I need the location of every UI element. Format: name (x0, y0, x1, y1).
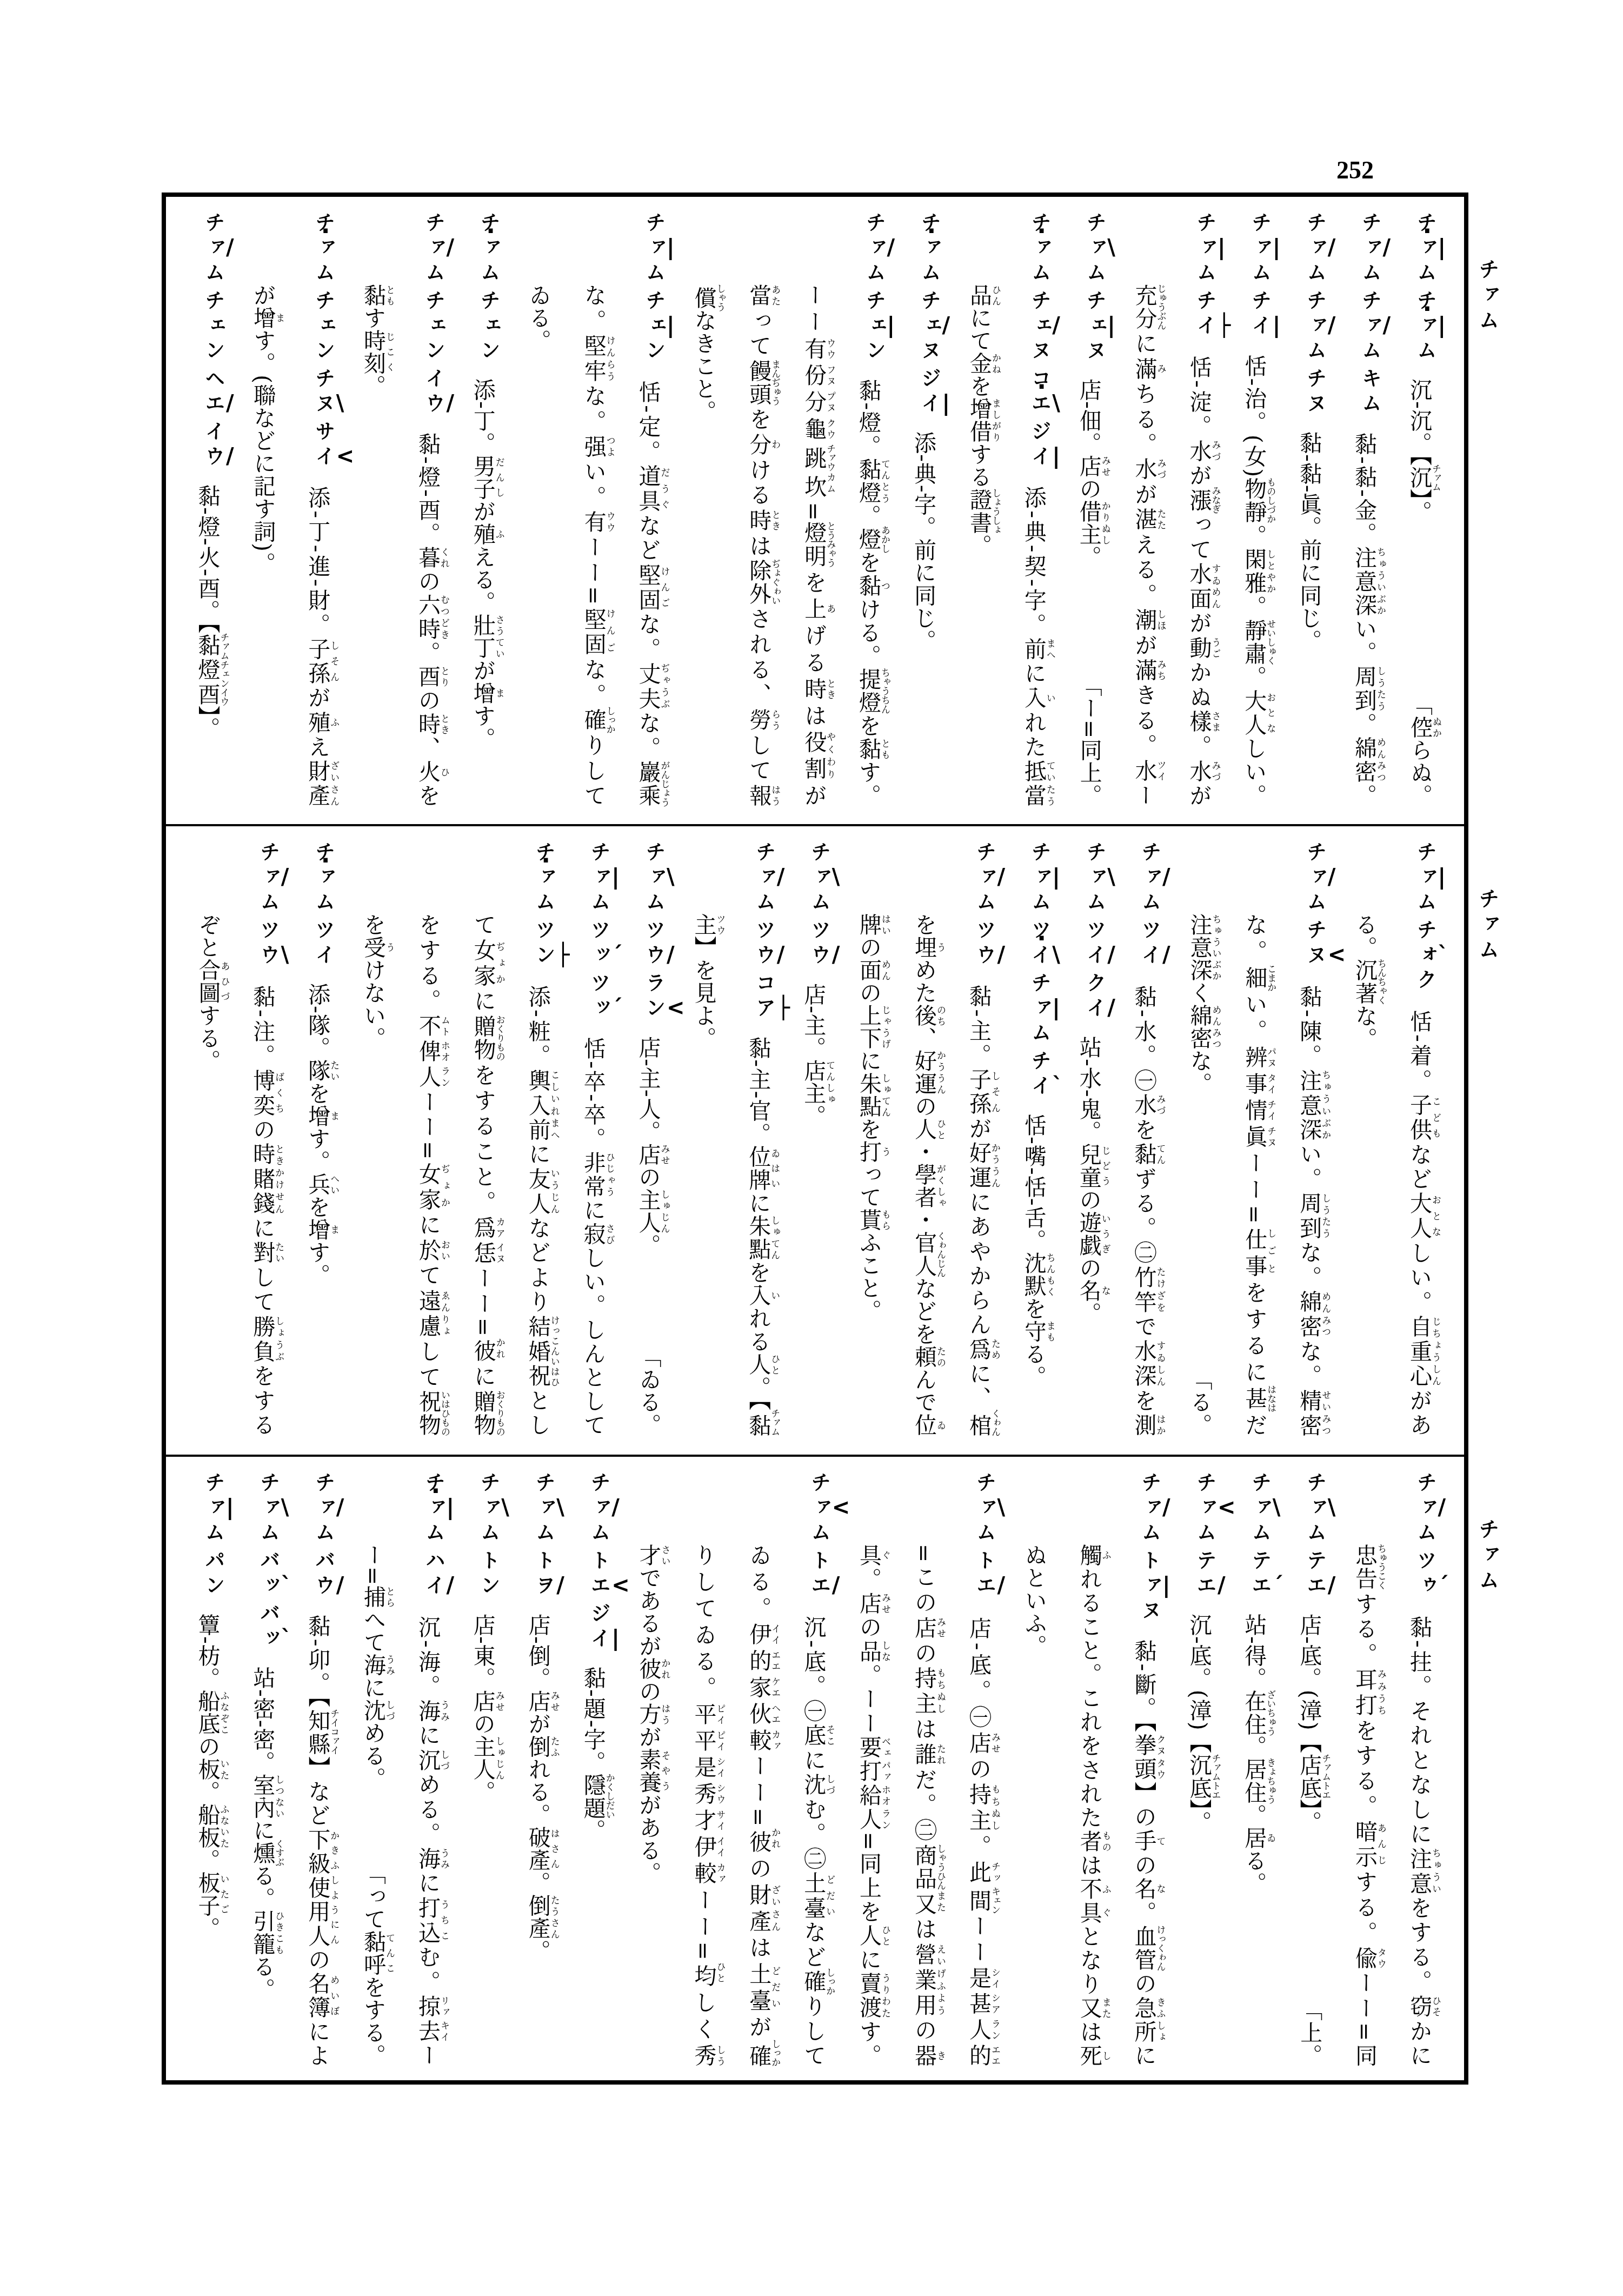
syllable-kana: チァム (1248, 212, 1272, 287)
tone-mark: | (1218, 236, 1226, 260)
headword: チァム·チェン (471, 212, 495, 368)
headword-syllable: チァム| (587, 841, 610, 916)
headword-syllable: ツイ/ (1138, 919, 1161, 969)
syllable-kana: チァム (973, 1472, 996, 1547)
headword-syllable: チイ├ (1193, 290, 1216, 340)
headword-syllable: チェン| (642, 290, 666, 364)
definition-text: 黏-黏-金。注意深ちゅういぶかい。周到しうたう。綿密めんみつ。 (1351, 432, 1377, 807)
definition-text: ぞと合圖あひづする。 (195, 913, 221, 1072)
entry-column: 償しゃうなきこと。 (676, 212, 731, 807)
headword-syllable: チァム| (1027, 972, 1051, 1047)
headword-syllable: チァム\ (972, 1472, 996, 1547)
entry-column: チァム·ツイ添-隊。隊たいを增ます。兵へいを增ます。 (290, 841, 345, 1436)
headword: チァム/ツイ/ (1133, 841, 1156, 972)
definition-text: =この店みせの持主もちぬしは誰たれだ。㊁商品しゃうひん又または營業用えいげふよう… (911, 1544, 937, 2067)
definition-text: 添-粧。輿入前こしいれまへに友人いうじんなどより結婚祝けっこんいはひとし (525, 983, 551, 1436)
definition-text: をする。不ムト俾ホオ人ランーー=女家ぢょかに於おいて遠慮ゑんりょして祝物いはひも… (415, 913, 441, 1436)
entry-column: チァム/チェン|黏-燈。黏燈てんとう。燈あかしを黏つける。提燈ちゃうちんを黏とも… (841, 212, 896, 807)
headword-syllable: チァム\ (476, 1472, 500, 1547)
headword: チァム/トエ<ジイ| (582, 1472, 605, 1656)
entry-column: チァム\テエˊ站-得。在住ざいちゅう。居住きょちゅう。居ゐる。 (1226, 1472, 1281, 2067)
definition-text: 沉-底。(漳)【沉底チァムトエ】。 (1186, 1614, 1212, 1834)
tone-mark: / (1328, 1574, 1336, 1597)
entry-column: チァム/バウ/黏-卯。【知縣チイコァイ】など下級使用人かきふしようにんの名簿めい… (290, 1472, 345, 2067)
headword-syllable: トエ/ (807, 1550, 831, 1600)
headword-syllable: ツッˊ (587, 919, 610, 969)
tone-mark: < (832, 1496, 850, 1519)
tone-mark: \ (832, 865, 840, 889)
tone-mark: / (336, 1496, 344, 1519)
headword: チァム\テエ/ (1298, 1472, 1321, 1603)
definition-text: が增ます。(聯などに記す詞)。 (250, 284, 276, 575)
tone-mark: / (1328, 236, 1336, 260)
entry-column: 忠告ちゅうこくする。耳打みみうちをする。暗示あんじする。偸タウーー=同 (1336, 1472, 1392, 2067)
definition-text: を受うけない。 (360, 913, 386, 1050)
syllable-kana: チァム (257, 1472, 280, 1547)
entry-column: チァム·チェン添-丁。男子だんしが殖ふえる。壯丁さうていが增ます。 (455, 212, 510, 807)
entry-column: を受うけない。 (345, 841, 400, 1436)
tone-mark: ˋ (1052, 1074, 1063, 1098)
entry-column: チァム/ツイ/黏-水。㊀水みづを黏てんずる。㊁竹竿たけざをで水深すゐしんを測はか (1116, 841, 1172, 1436)
tone-mark: \ (556, 1496, 564, 1519)
syllable-kana: バッ (257, 1550, 280, 1600)
tone-mark: ˊ (611, 943, 622, 967)
entry-column: チァム\バッˋバッˋ站-密-密。室內しつないに燻くすぶる。引籠ひきこもる。 (235, 1472, 290, 2067)
entry-column: チァム<テエ/沉-底。(漳)【沉底チァムトエ】。 (1172, 1472, 1227, 2067)
headword: チァム/ツウ\ (251, 841, 274, 972)
entry-column: チァム\テエ/店-底。(漳)【店底チァムトエ】。「上。 (1281, 1472, 1336, 2067)
tone-mark: \ (1052, 943, 1060, 967)
tone-mark: / (1383, 236, 1391, 260)
syllable-kana: チァム (1138, 841, 1161, 916)
syllable-kana: ツッ (587, 919, 610, 969)
definition-text: 當あたって饅頭まんぢゅうを分わける時ときは除外ぢょぐゎいされる、勞らうして報はう (746, 284, 771, 807)
tone-mark: ˊ (611, 996, 622, 1020)
definition-text: て女家ぢょかに贈物おくりものをすること。爲カア恁イヌーー=彼かれに贈物おくりもの (470, 913, 496, 1436)
syllable-kana: テエ (1193, 1550, 1216, 1600)
headword-syllable: チァム/ (1413, 1472, 1437, 1547)
headword: チァム/ツウ/コア├ (747, 841, 770, 1025)
definition-text: 添-典-字。前に同じ。 (910, 432, 936, 652)
syllable-kana: ツイ (1138, 919, 1161, 969)
headword-syllable: キム (1358, 368, 1382, 417)
syllable-kana: チァム (1083, 841, 1106, 916)
entry-band: チァム|チォクˋ恬-着。子供こどもなど大人おとなしい。自重心じちょうしんがあ る… (179, 841, 1447, 1436)
headword: チァム|ツイ\·チァム|チイˋ (1022, 841, 1046, 1103)
headword-syllable: テエ/ (1193, 1550, 1216, 1600)
headword-syllable: チェン (311, 290, 335, 364)
syllable-kana: チァム (257, 841, 280, 916)
syllable-kana: チァム (202, 1472, 225, 1547)
definition-text: る。沉著ちんちゃくな。 (1352, 913, 1378, 1050)
headword-syllable: チェヌ/ (1027, 290, 1051, 364)
syllable-kana: チァム (1414, 1472, 1437, 1547)
entry-column: 具ぐ。店みせの品しな。ーー要ベェ打パァ給ホオ人ラン=同上を人ひとに賣渡うりわたす… (841, 1472, 896, 2067)
headword-syllable: チァム\ (1248, 1472, 1272, 1547)
syllable-kana: チァム (477, 1472, 500, 1547)
tone-mark: / (1162, 943, 1170, 967)
headword-syllable: トン (476, 1550, 500, 1600)
syllable-kana: チェン (422, 290, 445, 364)
tone-mark: / (1328, 865, 1336, 889)
syllable-kana: テエ (1303, 1550, 1327, 1600)
definition-text: 添-丁-進-財。子孫しそんが殖ふえ財產ざいさん (304, 485, 330, 807)
syllable-kana: チェン (642, 290, 666, 364)
definition-text: ぬといふ。 (1021, 1544, 1047, 1657)
tone-mark: | (1052, 444, 1060, 468)
tone-mark: | (1438, 314, 1446, 337)
syllable-kana: トエ (808, 1550, 831, 1600)
headword-syllable: ヘエ/ (201, 368, 225, 417)
definition-text: 主ツウ】を見よ。 (690, 913, 716, 1050)
entry-column: が增ます。(聯などに記す詞)。 (235, 212, 290, 807)
tone-mark: | (226, 1496, 234, 1519)
headword-syllable: テエ/ (1303, 1550, 1327, 1600)
syllable-kana: チァム (753, 841, 776, 916)
headword-syllable: チァム\ (531, 1472, 555, 1547)
headword-syllable: ジイ| (1027, 421, 1051, 470)
entry-column: チァム/ツウ/コア├黏-主-官。位牌ゐはいに朱點しゅてんを入いれる人ひと。【黏チ… (730, 841, 786, 1436)
tone-mark: / (1162, 865, 1170, 889)
tone-mark: | (1052, 865, 1060, 889)
headword-syllable: クイ/ (1082, 972, 1106, 1022)
headword-syllable: チァム/ (752, 841, 776, 916)
definition-text: 充分じゅうぶんに滿みちる。水みづが湛たたえる。潮しほが滿みちきる。水ツイー (1132, 284, 1158, 807)
headword-syllable: チヌ\ (311, 368, 335, 417)
entry-column: チァム\ツウ/ラン<店-主-人。店みせの主人しゅじん。「ゐる。 (621, 841, 676, 1436)
entry-column: チァム|チォクˋ恬-着。子供こどもなど大人おとなしい。自重心じちょうしんがあ (1392, 841, 1447, 1436)
tone-mark: / (1107, 996, 1115, 1020)
entry-column: チァム/トァヌ|黏-斷。【拳クヌ頭タウ】の手ての名な。血管けっくゎんの急所きふし… (1116, 1472, 1172, 2067)
entry-column: チァム|ツイ\·チァム|チイˋ恬-嘴-恬-舌。沈默ちんもくを守まもる。 (1006, 841, 1061, 1436)
dictionary-page: 252 チァム チァム チァム チァム|·チァム|·沉-沉。【沉チァム】。「倥ぬ… (0, 0, 1623, 2296)
entry-column: な。細こまかい。辨パヌ事タイ情チイ眞チヌーー=仕事しごとをするに甚はなはだ (1226, 841, 1281, 1436)
tone-mark: / (1328, 314, 1336, 337)
entry-column: チァム\トヲ/店-倒。店みせが倒たふれる。破產はさん。倒產たうさん。 (510, 1472, 566, 2067)
tone-mark: | (1107, 314, 1115, 337)
definition-text: な。堅牢けんらうな。强つよい。有ウウーー=堅固けんごな。確しっかりして (581, 284, 607, 807)
tone-mark: \ (1273, 1496, 1281, 1519)
headword: チァム/ツゥˊ (1408, 1472, 1431, 1603)
headword: チァム|·ハイ/ (416, 1472, 440, 1603)
headword: チァム\ツウ/ラン< (637, 841, 660, 1025)
headword: チァム·チェヌ/コエ\·ジイ| (1022, 212, 1046, 474)
headword: チァム\トン (471, 1472, 495, 1603)
definition-text: 黏-燈-酉。暮くれの六時むつどき。酉とりの時とき、火ひを (415, 432, 441, 807)
syllable-kana: トヲ (532, 1550, 555, 1600)
overflow-text: 「る。 (1172, 1368, 1227, 1436)
headword: チァム\ツイ/クイ/ (1077, 841, 1101, 1025)
definition-text: ーー有ウウ份フヌ分プヌ龜クウ跳チァウ坎カム=燈明とうみゃうを上あげる時ときは役割… (801, 284, 827, 807)
entry-column: 品ひんにて金かねを增借ましがりする證書しょうしょ。 (951, 212, 1006, 807)
tone-mark: | (667, 236, 675, 260)
tone-mark: | (667, 314, 675, 337)
headword: チァム|チォクˋ (1408, 841, 1431, 997)
headword-syllable: イウ/ (421, 368, 445, 417)
syllable-kana: イウ (202, 421, 225, 470)
entry-column: チァム\ツウ/店-主。店主てんしゅ。 (786, 841, 841, 1436)
syllable-kana: チヌ (312, 368, 335, 417)
definition-text: 簟-枋。船底ふなぞこの板いた。船板ふないた。板子いたご。 (194, 1614, 220, 1940)
entry-column: チァム/チァム/チヌ黏-黏-眞。前に同じ。 (1281, 212, 1336, 807)
syllable-kana: ツン (532, 919, 555, 969)
running-head: チァム (1475, 258, 1500, 335)
syllable-kana: チェン (477, 290, 500, 364)
entry-column: を埋うめた後のち、好運かううんの人ひと・學者がくしゃ・官人くゎんじんなどを頼たの… (896, 841, 951, 1436)
headword-syllable: ツウ/ (752, 919, 776, 969)
headword-syllable: チァム< (807, 1472, 831, 1547)
entry-column: をする。不ムト俾ホオ人ランーー=女家ぢょかに於おいて遠慮ゑんりょして祝物いはひも… (400, 841, 455, 1436)
entry-column: チァム|·ハイ/沉-海。海うみに沉しづめる。海うみに打込うちこむ。掠リァ去キイー (400, 1472, 455, 2067)
headword-syllable: チァム|· (1413, 212, 1437, 287)
tone-mark: | (1273, 314, 1281, 337)
syllable-kana: トン (477, 1550, 500, 1600)
headword-syllable: ツイ (311, 919, 335, 969)
definition-text: 黏-燈-火-酉。【黏燈酉チァムチェンイウ】。 (194, 485, 220, 740)
tone-mark: \ (667, 865, 675, 889)
page-number: 252 (1336, 158, 1374, 183)
headword-syllable: チァム/ (1138, 841, 1161, 916)
headword-syllable: チイˋ (1027, 1050, 1051, 1100)
definition-text: 店-主。店主てんしゅ。 (800, 983, 826, 1127)
aspiration-dot: · (1423, 226, 1432, 237)
aspiration-dot: · (541, 855, 550, 866)
syllable-kana: トエ (587, 1550, 610, 1600)
headword: チァム/バウ/ (306, 1472, 329, 1603)
entry-column: チァム|チェン|恬-定。道具だうぐなど堅固けんごな。丈夫ぢゃうぶな。巖乘がんじょ… (621, 212, 676, 807)
definition-text: ゐる。伊イイ的エエ家ケエ伙ヘエ較カァーー=彼かれの財產ざいさんは土臺どだいが確し… (746, 1544, 771, 2067)
headword-syllable: テエˊ (1248, 1550, 1272, 1600)
definition-text: 添-典-契-字。前まへに入いれた抵當ていたう (1021, 485, 1047, 807)
headword-syllable: ツウ\ (256, 919, 280, 969)
entry-column: チァム\トン店-東。店みせの主人しゅじん。 (455, 1472, 510, 2067)
entry-column: ゐる。伊イイ的エエ家ケエ伙ヘエ較カァーー=彼かれの財產ざいさんは土臺どだいが確し… (730, 1472, 786, 2067)
syllable-kana: チァム (1193, 1472, 1216, 1547)
headword-syllable: チァム/ (587, 1472, 610, 1547)
headword: チァム\ツウ/ (802, 841, 825, 972)
headword-syllable: チァム/ (1138, 1472, 1161, 1547)
definition-text: 黏-主。子孫しそんが好運かううんにあやからん爲ために、棺くゎん (966, 983, 992, 1436)
syllable-kana: チァム (1303, 1472, 1327, 1547)
headword: チァム|チイ├ (1187, 212, 1210, 343)
running-head: チァム (1475, 888, 1500, 964)
entry-column: な。堅牢けんらうな。强つよい。有ウウーー=堅固けんごな。確しっかりして (566, 212, 621, 807)
definition-text: 恬-嘴-恬-舌。沈默ちんもくを守まもる。 (1021, 1114, 1047, 1388)
headword-syllable: チェン (201, 290, 225, 364)
tone-mark: / (1052, 314, 1060, 337)
definition-text: 店-底。㊀店みせの持主もちぬし。此チッ間キェンーー是シイ甚シア人ラン的エエ (966, 1614, 992, 2067)
overflow-text: 「って黏呼てんこをする。 (345, 1862, 400, 2067)
headword-syllable: チァム· (917, 212, 941, 287)
syllable-kana: チァム (587, 1472, 610, 1547)
headword: チァム|チイ| (1242, 212, 1266, 343)
headword-syllable: ツウ/ (642, 919, 666, 969)
definition-text: 黏-陳。注意深ちゅういぶかい。周到しうたうな。綿密めんみつな。精密せいみつ (1296, 983, 1322, 1436)
headword-syllable: チァム· (1027, 212, 1051, 287)
headword: チァム·ツン├ (527, 841, 550, 972)
syllable-kana: チイ (1248, 290, 1272, 340)
syllable-kana: チァム (1303, 841, 1327, 916)
overflow-text: 「倥ぬからぬ。 (1392, 693, 1447, 807)
syllable-kana: チェン (312, 290, 335, 364)
definition-text: 添-隊。隊たいを增ます。兵へいを增ます。 (304, 983, 330, 1286)
syllable-kana: チァム (863, 212, 886, 287)
syllable-kana: チァム (532, 1472, 555, 1547)
tone-mark: < (667, 996, 685, 1020)
tone-mark: | (1438, 865, 1446, 889)
headword-syllable: チェン| (862, 290, 886, 364)
syllable-kana: チァム (587, 841, 610, 916)
definition-text: 黏-燈。黏燈てんとう。燈あかしを黏つける。提燈ちゃうちんを黏ともす。 (855, 379, 881, 807)
entry-column: る。沉著ちんちゃくな。 (1336, 841, 1392, 1436)
tone-mark: / (997, 1574, 1005, 1597)
syllable-kana: チァム (422, 212, 445, 287)
tone-mark: / (667, 943, 675, 967)
syllable-kana: ジイ (587, 1603, 610, 1653)
tone-mark: ├ (1218, 314, 1230, 337)
syllable-kana: チァム (642, 212, 666, 287)
tone-mark: ├ (777, 996, 790, 1020)
tone-mark: \ (336, 391, 344, 415)
tone-mark: | (887, 314, 895, 337)
tone-mark: ˊ (1273, 1574, 1283, 1597)
tone-mark: ˋ (281, 1627, 292, 1650)
headword: チァム|ツッˊツッˊ (582, 841, 605, 1025)
headword-syllable: チァム|· (1413, 290, 1437, 364)
tone-mark: / (1162, 1496, 1170, 1519)
syllable-kana: チイ (1028, 1050, 1051, 1100)
entry-column: チァム\ツイ/クイ/站-水-鬼。兒童じどうの遊戯いうぎの名な。 (1061, 841, 1116, 1436)
definition-text: 黏-卯。【知縣チイコァイ】など下級使用人かきふしようにんの名簿めいぼによ (304, 1614, 330, 2067)
definition-text: 黏-注。博奕ばくちの時賭錢ときかけせんに對たいして勝負しょうぶをする (249, 983, 275, 1436)
syllable-kana: ツウ (642, 919, 666, 969)
syllable-kana: バウ (312, 1550, 335, 1600)
syllable-kana: チァム (1303, 290, 1327, 364)
headword-syllable: トヲ/ (531, 1550, 555, 1600)
syllable-kana: ヘエ (202, 368, 225, 417)
headword-syllable: チァム\ (642, 841, 666, 916)
headword-syllable: チイ| (1248, 290, 1272, 340)
tone-mark: / (446, 236, 454, 260)
headword-syllable: チァム/ (972, 841, 996, 916)
syllable-kana: チァム (808, 841, 831, 916)
headword-syllable: チァム| (201, 1472, 225, 1547)
definition-text: 觸ふれること。これをされた者ものは不具ふぐとなり又または死し (1076, 1544, 1102, 2067)
tone-mark: / (446, 1574, 454, 1597)
entry-column: 充分じゅうぶんに滿みちる。水みづが湛たたえる。潮しほが滿みちきる。水ツイー (1116, 212, 1172, 807)
entry-column: 黏ともす時刻じこく。 (345, 212, 400, 807)
entry-column: ぬといふ。 (1006, 1472, 1061, 2067)
syllable-kana: チァム (1359, 290, 1382, 364)
entry-column: チァム|チイ├恬-淀。水みづが漲みなぎって水面すゐめんが動うごかぬ樣さま。水みづ… (1172, 212, 1227, 807)
syllable-kana: チァム (1303, 212, 1327, 287)
tone-mark: / (942, 314, 950, 337)
tone-mark: < (1328, 943, 1346, 967)
definition-text: 黏-主-官。位牌ゐはいに朱點しゅてんを入いれる人ひと。【黏チァム (745, 1036, 771, 1436)
syllable-kana: チァム (1028, 841, 1051, 916)
tone-mark: / (1383, 314, 1391, 337)
entry-column: チァム|·チァム|·沉-沉。【沉チァム】。「倥ぬからぬ。 (1392, 212, 1447, 807)
tone-mark: < (336, 444, 355, 468)
definition-text: 恬-着。子供こどもなど大人おとなしい。自重心じちょうしんがあ (1406, 1008, 1432, 1436)
tone-mark: \ (1107, 865, 1115, 889)
headword-syllable: チヌ< (1303, 919, 1327, 969)
syllable-kana: キム (1359, 368, 1382, 417)
tone-mark: / (226, 444, 234, 468)
tone-mark: / (887, 236, 895, 260)
entry-column: チァム\トエ/店-底。㊀店みせの持主もちぬし。此チッ間キェンーー是シイ甚シア人ラ… (951, 1472, 1006, 2067)
headword-syllable: チァム· (531, 841, 555, 916)
tone-mark: / (336, 1574, 344, 1597)
definition-text: 沉-海。海うみに沉しづめる。海うみに打込うちこむ。掠リァ去キイー (415, 1614, 441, 2067)
headword-syllable: チェヌ/ (917, 290, 941, 364)
entry-column: =この店みせの持主もちぬしは誰たれだ。㊁商品しゃうひん又または營業用えいげふよう… (896, 1472, 951, 2067)
overflow-text: 「ゐる。 (621, 1345, 676, 1436)
syllable-kana: クイ (1083, 972, 1106, 1022)
tone-mark: / (832, 1574, 840, 1597)
entry-column: 注意深ちゅういぶかく綿密めんみつな。「る。 (1172, 841, 1227, 1436)
overflow-text: 「上。 (1281, 1999, 1336, 2067)
headword: チァム/チェンヘエ/イウ/ (196, 212, 219, 474)
headword-syllable: チァム· (311, 212, 335, 287)
tone-mark: \ (1107, 236, 1115, 260)
headword-syllable: チァム/ (1303, 212, 1327, 287)
tone-mark: / (226, 236, 234, 260)
syllable-kana: チァム (1193, 212, 1216, 287)
definition-text: 店-主-人。店みせの主人しゅじん。 (635, 1036, 661, 1257)
headword-syllable: チァム· (476, 212, 500, 287)
definition-text: な。細こまかい。辨パヌ事タイ情チイ眞チヌーー=仕事しごとをするに甚はなはだ (1241, 913, 1267, 1436)
entry-column: 當あたって饅頭まんぢゅうを分わける時ときは除外ぢょぐゎいされる、勞らうして報はう (730, 212, 786, 807)
tone-mark: / (446, 391, 454, 415)
tone-mark: | (611, 865, 620, 889)
headword-syllable: サイ< (311, 421, 335, 470)
entry-column: チァム|ツッˊツッˊ恬-卒-卒。非常ひじゃうに寂さびしい。しんとして (566, 841, 621, 1436)
tone-mark: | (1052, 996, 1060, 1020)
headword: チァム|·チァム|· (1408, 212, 1431, 368)
definition-text: 店-佃。店みせの借主かりぬし。 (1076, 379, 1102, 568)
tone-mark: | (942, 391, 950, 415)
definition-text: 忠告ちゅうこくする。耳打みみうちをする。暗示あんじする。偸タウーー=同 (1352, 1544, 1378, 2067)
aspiration-dot: · (1423, 304, 1432, 315)
definition-text: 沉-沉。【沉チァム】。 (1406, 379, 1432, 523)
syllable-kana: コア (753, 972, 776, 1022)
syllable-kana: ツウ (257, 919, 280, 969)
headword-syllable: チァム| (1027, 841, 1051, 916)
headword: チァム/トァヌ| (1133, 1472, 1156, 1628)
tone-mark: / (281, 865, 289, 889)
definition-text: 品ひんにて金かねを增借ましがりする證書しょうしょ。 (966, 284, 992, 557)
definition-text: 站-密-密。室內しつないに燻くすぶる。引籠ひきこもる。 (249, 1667, 275, 2001)
headword: チァム\テエˊ (1242, 1472, 1266, 1603)
headword-syllable: ツウ/ (807, 919, 831, 969)
headword-syllable: ジイ| (917, 368, 941, 417)
entry-column: チァム/ツウ/黏-主。子孫しそんが好運かううんにあやからん爲ために、棺くゎん (951, 841, 1006, 1436)
tone-mark: / (777, 865, 785, 889)
headword-syllable: チァム/ (1358, 212, 1382, 287)
aspiration-dot: · (431, 1486, 440, 1497)
tone-mark: | (1438, 236, 1446, 260)
headword-syllable: チェン (421, 290, 445, 364)
entry-column: 牌はいの面めんの上下じゃうげに朱點しゅてんを打うって貰もらふこと。 (841, 841, 896, 1436)
tone-mark: \ (281, 1496, 289, 1519)
entry-column: チァム·チェヌ/ジイ|添-典-字。前に同じ。 (896, 212, 951, 807)
entry-column: チァム·ツン├添-粧。輿入前こしいれまへに友人いうじんなどより結婚祝けっこんいは… (510, 841, 566, 1436)
entry-column: チァム/トエ<ジイ|黏-題-字。隱題かくしだい。 (566, 1472, 621, 2067)
entry-column: チァム/チェンヘエ/イウ/黏-燈-火-酉。【黏燈酉チァムチェンイウ】。 (180, 212, 235, 807)
syllable-kana: トァヌ (1138, 1550, 1161, 1624)
headword: チァム·チェヌ/ジイ| (912, 212, 935, 421)
